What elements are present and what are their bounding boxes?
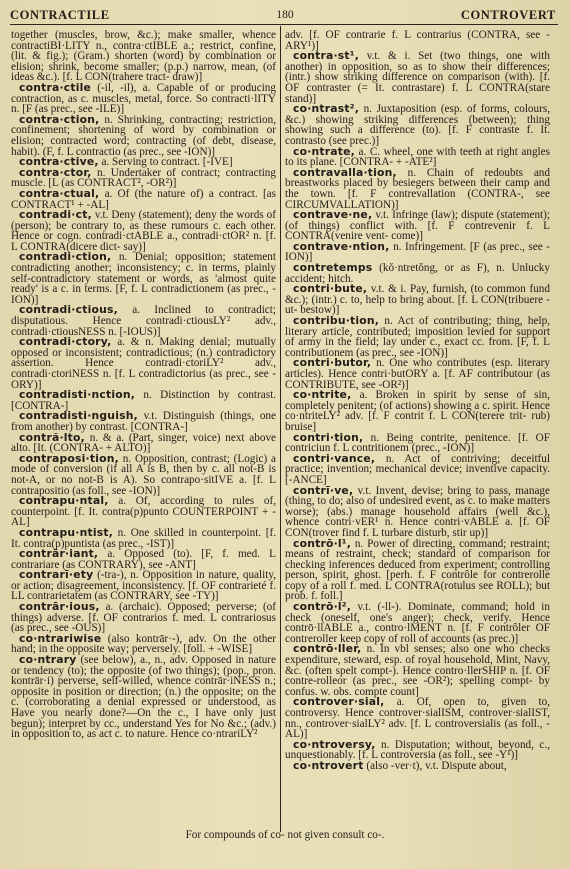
entry-definition: (also -ver·t), v.t. Dispute about, bbox=[364, 760, 507, 772]
dictionary-entry: contradi·ction, n. Denial; opposition; s… bbox=[11, 252, 276, 305]
right-column: adv. [f. OF contrarie f. L contrarius (C… bbox=[285, 30, 550, 772]
dictionary-entry: contri·vance, n. Act of contriving; dece… bbox=[285, 454, 550, 486]
dictionary-entry: contrapu·ntal, a. Of, according to rules… bbox=[11, 496, 276, 528]
dictionary-entry: co·ntroversy, n. Disputation; without, b… bbox=[285, 740, 550, 761]
dictionary-entry: co·ntrast², n. Juxtaposition (esp. of fo… bbox=[285, 104, 550, 146]
entry-definition: (see below), a., n., adv. Opposed in nat… bbox=[11, 654, 276, 740]
dictionary-entry: contră·lto, n. & a. (Part, singer, voice… bbox=[11, 433, 276, 454]
dictionary-entry: co·ntrate, a. C. wheel, one with teeth a… bbox=[285, 147, 550, 168]
dictionary-entry: controver·sial, a. Of, open to, given to… bbox=[285, 697, 550, 739]
dictionary-entry: contradisti·nguish, v.t. Distinguish (th… bbox=[11, 411, 276, 432]
dictionary-entry: contra·ctual, a. Of (the nature of) a co… bbox=[11, 189, 276, 210]
dictionary-entry: contrō·l², v.t. (-ll-). Dominate, comman… bbox=[285, 602, 550, 644]
entry-continuation: adv. [f. OF contrarie f. L contrarius (C… bbox=[285, 30, 550, 51]
dictionary-entry: contra·ctor, n. Undertaker of contract; … bbox=[11, 168, 276, 189]
left-column: together (muscles, brow, &c.); make smal… bbox=[11, 30, 276, 740]
right-guideword: CONTROVERT bbox=[461, 8, 556, 23]
dictionary-entry: contra·ction, n. Shrinking, contracting;… bbox=[11, 115, 276, 157]
dictionary-entry: co·ntrite, a. Broken in spirit by sense … bbox=[285, 390, 550, 432]
dictionary-entry: contrō·ller, n. In vbl senses; also one … bbox=[285, 644, 550, 697]
dictionary-entry: contraposi·tion, n. Opposition, contrast… bbox=[11, 454, 276, 496]
dictionary-entry: contradi·ctory, a. & n. Making denial; m… bbox=[11, 337, 276, 390]
entry-headword: co·ntrovert bbox=[293, 759, 364, 772]
dictionary-entry: contradi·ctious, a. Inclined to contradi… bbox=[11, 305, 276, 337]
dictionary-entry: contrapu·ntist, n. One skilled in counte… bbox=[11, 528, 276, 549]
dictionary-entry: contradi·ct, v.t. Deny (statement); deny… bbox=[11, 210, 276, 252]
header-rule bbox=[10, 24, 558, 25]
entry-definition: n. Power of directing, command; restrain… bbox=[285, 538, 550, 603]
dictionary-entry: contrō·l¹, n. Power of directing, comman… bbox=[285, 539, 550, 603]
dictionary-entry: co·ntrary (see below), a., n., adv. Oppo… bbox=[11, 655, 276, 740]
entry-continuation: together (muscles, brow, &c.); make smal… bbox=[11, 30, 276, 83]
dictionary-entry: contri·butor, n. One who contributes (es… bbox=[285, 358, 550, 390]
dictionary-entry: contribu·tion, n. Act of contributing; t… bbox=[285, 316, 550, 358]
dictionary-entry: contrī·ve, v.t. Invent, devise; bring to… bbox=[285, 486, 550, 539]
dictionary-entry: contra·ctile (-il, -il), a. Capable of o… bbox=[11, 83, 276, 115]
dictionary-entry: contri·bute, v.t. & i. Pay, furnish, (to… bbox=[285, 284, 550, 316]
dictionary-entry: contradisti·nction, n. Distinction by co… bbox=[11, 390, 276, 411]
entry-definition: together (muscles, brow, &c.); make smal… bbox=[11, 29, 276, 83]
dictionary-entry: contrār·iant, a. Opposed (to). [F, f. me… bbox=[11, 549, 276, 570]
dictionary-entry: contrār·ious, a. (archaic). Opposed; per… bbox=[11, 602, 276, 634]
dictionary-entry: contrave·ne, v.t. Infringe (law); disput… bbox=[285, 210, 550, 242]
column-divider bbox=[280, 26, 281, 832]
dictionary-entry: contra·st¹, v.t. & i. Set (two things, o… bbox=[285, 51, 550, 104]
page-header: CONTRACTILE 180 CONTROVERT bbox=[10, 5, 560, 23]
dictionary-entry: co·ntrariwise (also kontrār·-), adv. On … bbox=[11, 634, 276, 655]
footer-note: For compounds of co- not given consult c… bbox=[0, 829, 570, 841]
dictionary-entry: contri·tion, n. Being contrite, penitenc… bbox=[285, 433, 550, 454]
dictionary-page: CONTRACTILE 180 CONTROVERT together (mus… bbox=[0, 0, 570, 869]
dictionary-entry: contrave·ntion, n. Infringement. [F (as … bbox=[285, 242, 550, 263]
dictionary-entry: contretemps (kŏ·ntretŏng, or as F), n. U… bbox=[285, 263, 550, 284]
dictionary-entry: contravalla·tion, n. Chain of redoubts a… bbox=[285, 168, 550, 210]
dictionary-entry: contrarī·ety (-tra-), n. Opposition in n… bbox=[11, 570, 276, 602]
dictionary-entry: co·ntrovert (also -ver·t), v.t. Dispute … bbox=[285, 761, 550, 772]
